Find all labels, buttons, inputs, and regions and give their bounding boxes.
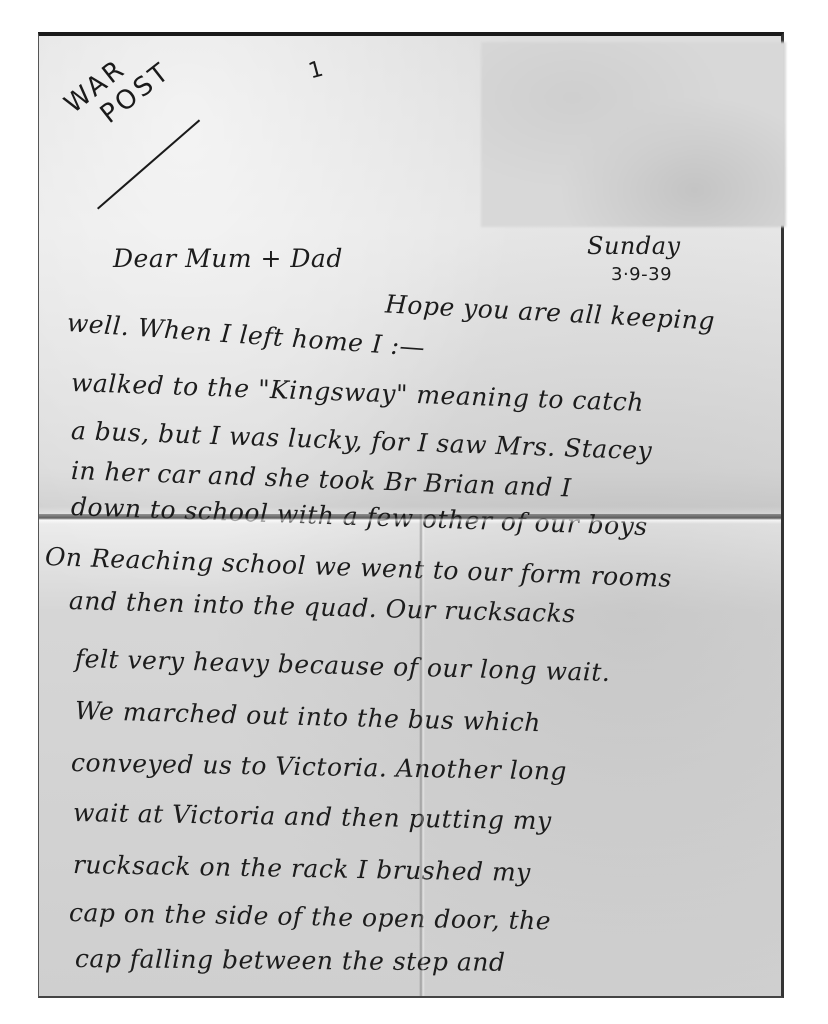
horizontal-fold-crease	[39, 514, 781, 524]
letter-line-2: well. When I left home I :—	[66, 308, 426, 362]
letter-line-11: conveyed us to Victoria. Another long	[71, 748, 567, 786]
letter-line-12: wait at Victoria and then putting my	[73, 798, 552, 835]
letter-line-1: Hope you are all keeping	[384, 289, 715, 335]
date-numeric: 3·9-39	[611, 264, 672, 285]
salutation: Dear Mum + Dad	[113, 244, 343, 273]
vertical-fold-crease	[419, 514, 425, 996]
letter-line-10: We marched out into the bus which	[75, 696, 542, 737]
redacted-address-block	[481, 42, 786, 227]
letter-line-15: cap falling between the step and	[75, 944, 506, 977]
letter-line-13: rucksack on the rack I brushed my	[73, 850, 531, 887]
letter-line-8: and then into the quad. Our rucksacks	[69, 586, 576, 628]
page-number: 1	[306, 57, 326, 85]
letter-page: WAR POST 1 Sunday 3·9-39 Dear Mum + Dad …	[38, 32, 784, 998]
stamp-underline	[97, 119, 200, 209]
letter-line-3: walked to the "Kingsway" meaning to catc…	[70, 368, 644, 417]
letter-line-7: On Reaching school we went to our form r…	[44, 542, 672, 593]
date-day: Sunday	[587, 232, 681, 260]
letter-line-14: cap on the side of the open door, the	[69, 898, 552, 935]
letter-line-4: a bus, but I was lucky, for I saw Mrs. S…	[70, 416, 652, 465]
war-post-stamp: WAR POST	[59, 33, 177, 143]
letter-line-9: felt very heavy because of our long wait…	[75, 644, 611, 687]
